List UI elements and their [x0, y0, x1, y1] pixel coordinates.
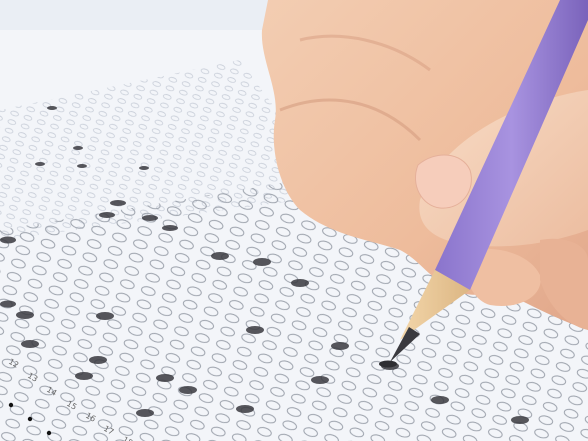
answer-sheet-photo: 12 13 14 15 16 17 18	[0, 0, 588, 441]
pencil-mark	[379, 361, 397, 368]
photo-scene: 12 13 14 15 16 17 18	[0, 0, 588, 441]
